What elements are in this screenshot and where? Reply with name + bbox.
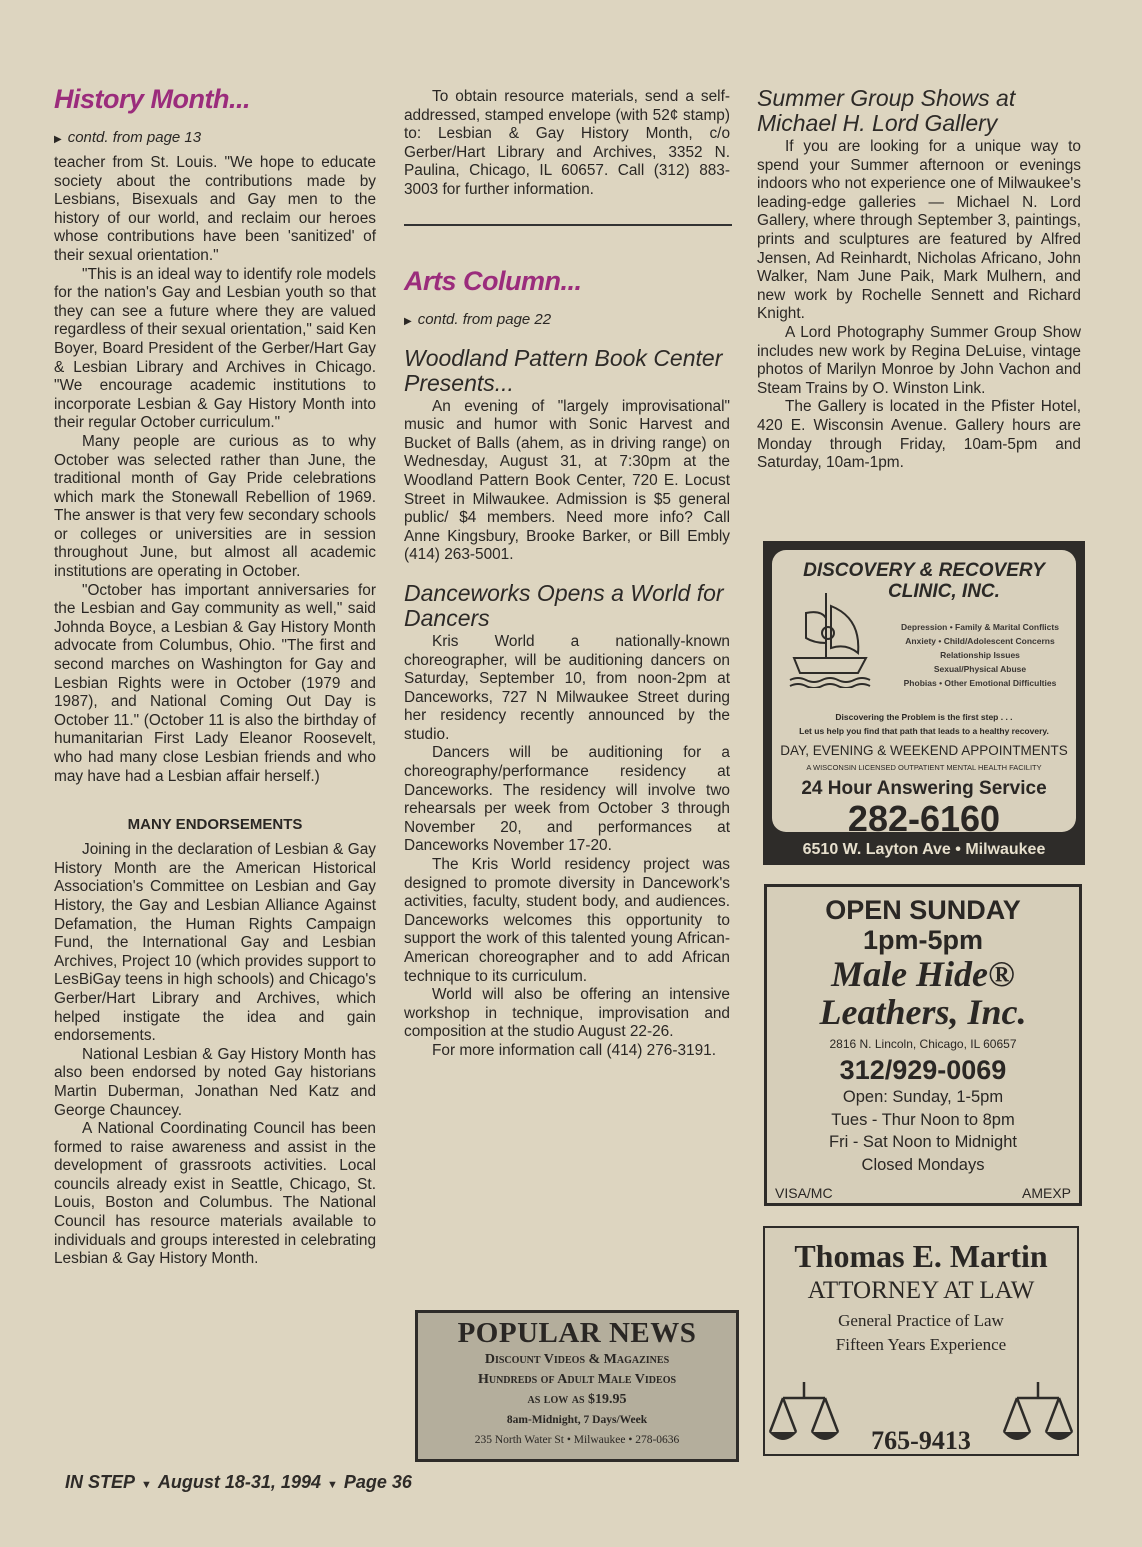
paragraph: "October has important anniversaries for… (54, 582, 376, 787)
answering-service: 24 Hour Answering Service (772, 778, 1076, 800)
clinic-phone: 282-6160 (772, 798, 1076, 840)
paragraph: The Gallery is located in the Pfister Ho… (757, 398, 1081, 472)
brand-name-line2: Leathers, Inc. (767, 993, 1079, 1031)
page-number: Page 36 (344, 1472, 412, 1492)
paragraph: teacher from St. Louis. "We hope to educ… (54, 154, 376, 266)
page-footer: IN STEP▼August 18-31, 1994▼Page 36 (65, 1472, 412, 1493)
brand-name: Male Hide® (767, 955, 1079, 993)
history-month-column: History Month... ▶contd. from page 13 te… (54, 84, 376, 1269)
paragraph: The Kris World residency project was des… (404, 856, 730, 986)
popular-news-ad: POPULAR NEWS Discount Videos & Magazines… (415, 1310, 739, 1462)
clinic-name: DISCOVERY & RECOVERY (772, 560, 1076, 581)
subhead: MANY ENDORSEMENTS (54, 816, 376, 833)
paragraph: Kris World a nationally-known choreograp… (404, 633, 730, 745)
store-name: POPULAR NEWS (418, 1317, 736, 1350)
leather-ad: OPEN SUNDAY 1pm-5pm Male Hide® Leathers,… (764, 884, 1082, 1206)
story-headline: Summer Group Shows at Michael H. Lord Ga… (757, 86, 1081, 136)
lawyer-name: Thomas E. Martin (765, 1238, 1077, 1275)
store-hours: 8am-Midnight, 7 Days/Week (418, 1410, 736, 1430)
story-headline: Danceworks Opens a World for Dancers (404, 581, 730, 631)
triangle-down-icon: ▼ (141, 1479, 152, 1491)
triangle-down-icon: ▼ (327, 1479, 338, 1491)
payment-methods: VISA/MC AMEXP (775, 1185, 1071, 1201)
paragraph: For more information call (414) 276-3191… (404, 1042, 730, 1061)
divider (404, 224, 732, 226)
clinic-address: 6510 W. Layton Ave • Milwaukee (766, 841, 1082, 859)
paragraph: A Lord Photography Summer Group Show inc… (757, 324, 1081, 398)
ship-icon (786, 588, 872, 688)
continued-note: ▶contd. from page 22 (404, 311, 730, 328)
paragraph: To obtain resource materials, send a sel… (404, 88, 730, 200)
paragraph: Dancers will be auditioning for a choreo… (404, 744, 730, 856)
open-sunday: OPEN SUNDAY (767, 895, 1079, 925)
sunday-hours: 1pm-5pm (767, 925, 1079, 955)
paragraph: If you are looking for a unique way to s… (757, 138, 1081, 324)
clinic-ad: DISCOVERY & RECOVERY CLINIC, INC. Depres… (763, 541, 1085, 865)
lawyer-ad: Thomas E. Martin ATTORNEY AT LAW General… (763, 1226, 1079, 1456)
publication-name: IN STEP (65, 1472, 135, 1492)
services-list: Depression • Family & Marital Conflicts … (880, 620, 1080, 690)
history-month-kicker: History Month... (54, 84, 376, 115)
story-headline: Woodland Pattern Book Center Presents... (404, 346, 730, 396)
arts-column: To obtain resource materials, send a sel… (404, 88, 730, 1061)
gallery-column: Summer Group Shows at Michael H. Lord Ga… (757, 86, 1081, 473)
paragraph: Joining in the declaration of Lesbian & … (54, 841, 376, 1046)
store-address: 235 North Water St • Milwaukee • 278-063… (418, 1430, 736, 1450)
lawyer-title: ATTORNEY AT LAW (765, 1277, 1077, 1305)
tagline: Discovering the Problem is the first ste… (772, 710, 1076, 738)
leather-phone: 312/929-0069 (767, 1055, 1079, 1086)
paragraph: An evening of "largely improvisational" … (404, 398, 730, 565)
paragraph: Many people are curious as to why Octobe… (54, 433, 376, 582)
appointments: DAY, EVENING & WEEKEND APPOINTMENTS (772, 743, 1076, 759)
leather-address: 2816 N. Lincoln, Chicago, IL 60657 (767, 1037, 1079, 1051)
paragraph: A National Coordinating Council has been… (54, 1120, 376, 1269)
arts-column-kicker: Arts Column... (404, 266, 730, 297)
license-note: A WISCONSIN LICENSED OUTPATIENT MENTAL H… (772, 763, 1076, 772)
lawyer-phone: 765-9413 (765, 1426, 1077, 1456)
hours-list: Open: Sunday, 1-5pm Tues - Thur Noon to … (767, 1086, 1079, 1176)
continued-note: ▶contd. from page 13 (54, 129, 376, 146)
triangle-bullet-icon: ▶ (404, 316, 412, 327)
issue-date: August 18-31, 1994 (158, 1472, 321, 1492)
triangle-bullet-icon: ▶ (54, 134, 62, 145)
paragraph: World will also be offering an intensive… (404, 986, 730, 1042)
paragraph: "This is an ideal way to identify role m… (54, 266, 376, 433)
paragraph: National Lesbian & Gay History Month has… (54, 1046, 376, 1120)
